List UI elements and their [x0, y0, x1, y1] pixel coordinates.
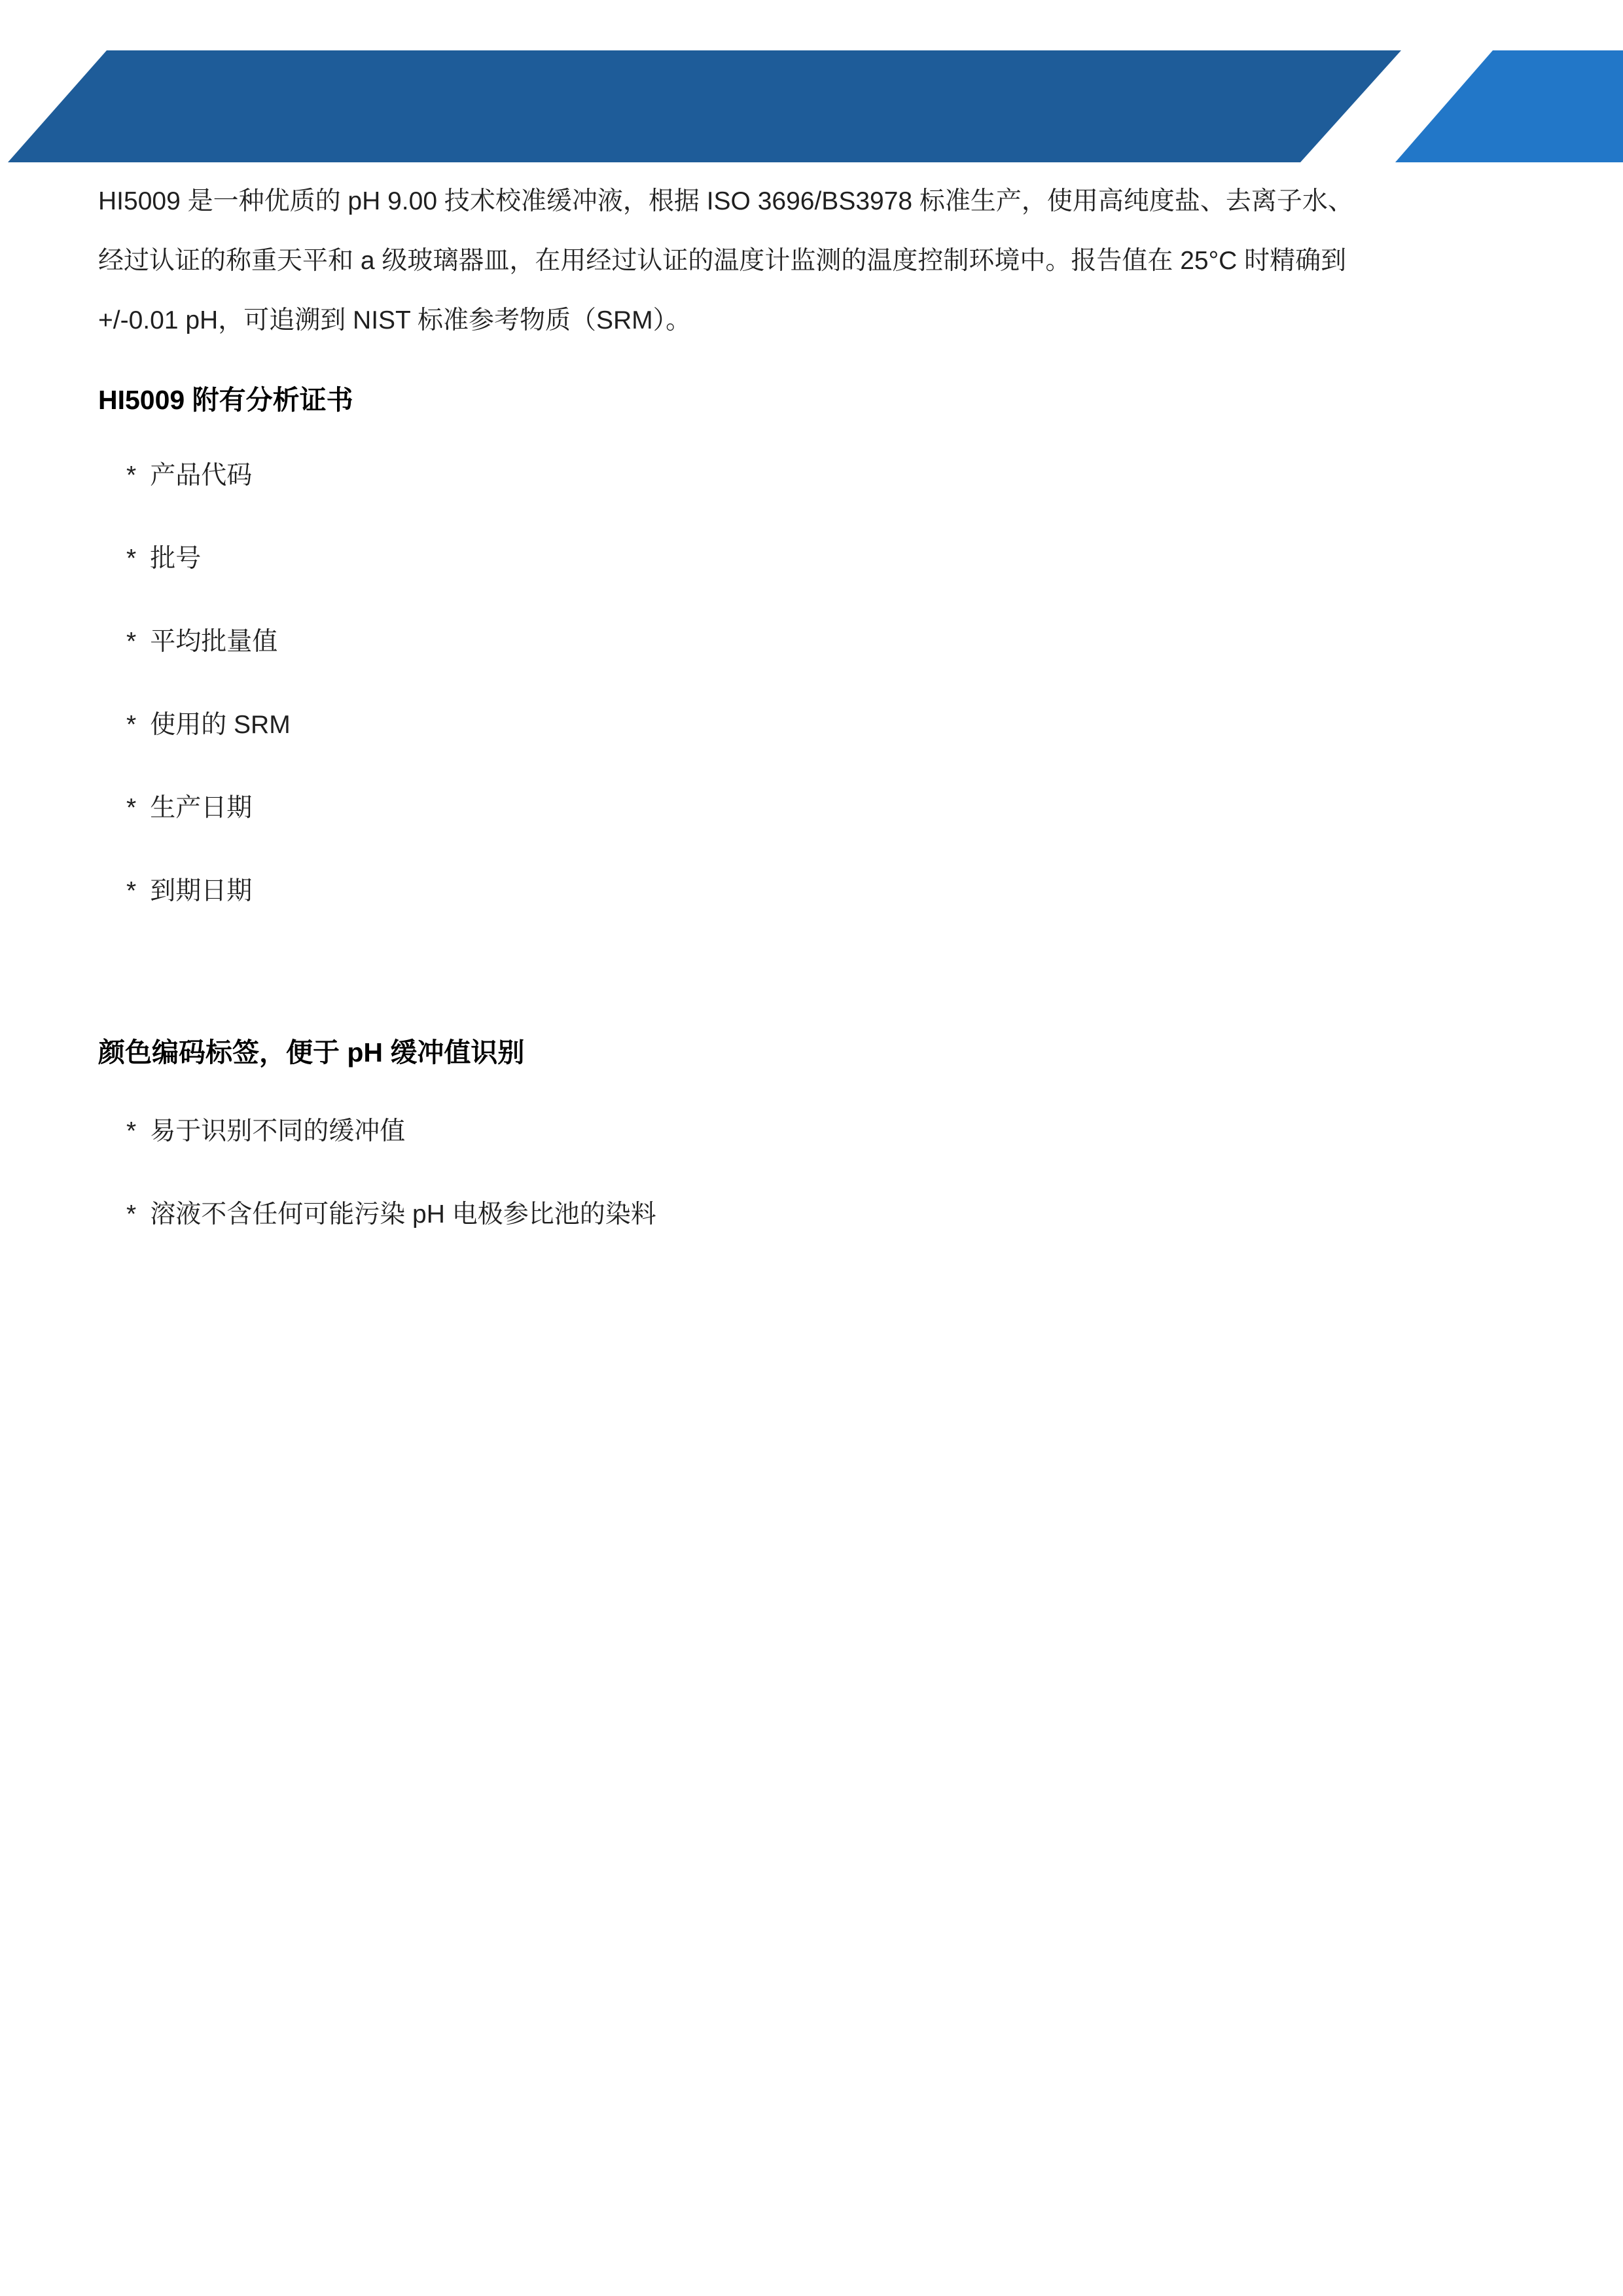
bullet-marker: * [126, 787, 136, 829]
list-item: * 使用的 SRM [126, 704, 291, 746]
bullet-marker: * [126, 455, 136, 497]
bullet-marker: * [126, 538, 136, 580]
intro-line-3: +/-0.01 pH，可追溯到 NIST 标准参考物质（SRM）。 [98, 291, 1603, 350]
section-heading-color-coded: 颜色编码标签，便于 pH 缓冲值识别 [98, 1035, 524, 1069]
list-item: * 到期日期 [126, 870, 291, 912]
list-item-label: 到期日期 [150, 870, 252, 912]
banner-accent-shape [1395, 50, 1623, 162]
intro-line-1: HI5009 是一种优质的 pH 9.00 技术校准缓冲液，根据 ISO 369… [98, 171, 1603, 231]
bullet-marker: * [126, 1194, 136, 1236]
list-item: * 批号 [126, 538, 291, 580]
color-coded-list: * 易于识别不同的缓冲值 * 溶液不含任何可能污染 pH 电极参比池的染料 [126, 1111, 656, 1277]
bullet-marker: * [126, 870, 136, 912]
section-heading-certificate: HI5009 附有分析证书 [98, 383, 353, 417]
bullet-marker: * [126, 1111, 136, 1153]
document-page: HI5009 是一种优质的 pH 9.00 技术校准缓冲液，根据 ISO 369… [0, 0, 1623, 2296]
header-banner [0, 50, 1623, 162]
certificate-list: * 产品代码 * 批号 * 平均批量值 * 使用的 SRM * 生产日期 * 到… [126, 455, 291, 954]
intro-line-2: 经过认证的称重天平和 a 级玻璃器皿，在用经过认证的温度计监测的温度控制环境中。… [98, 231, 1603, 291]
list-item-label: 易于识别不同的缓冲值 [150, 1111, 405, 1153]
list-item-label: 平均批量值 [150, 621, 277, 663]
intro-paragraph: HI5009 是一种优质的 pH 9.00 技术校准缓冲液，根据 ISO 369… [98, 171, 1603, 350]
list-item-label: 产品代码 [150, 455, 252, 497]
list-item-label: 使用的 SRM [150, 704, 291, 746]
list-item-label: 生产日期 [150, 787, 252, 829]
list-item: * 产品代码 [126, 455, 291, 497]
list-item: * 生产日期 [126, 787, 291, 829]
list-item: * 易于识别不同的缓冲值 [126, 1111, 656, 1153]
bullet-marker: * [126, 704, 136, 746]
bullet-marker: * [126, 621, 136, 663]
list-item-label: 批号 [150, 538, 201, 580]
list-item: * 平均批量值 [126, 621, 291, 663]
list-item: * 溶液不含任何可能污染 pH 电极参比池的染料 [126, 1194, 656, 1236]
banner-main-shape [8, 50, 1401, 162]
list-item-label: 溶液不含任何可能污染 pH 电极参比池的染料 [150, 1194, 656, 1236]
